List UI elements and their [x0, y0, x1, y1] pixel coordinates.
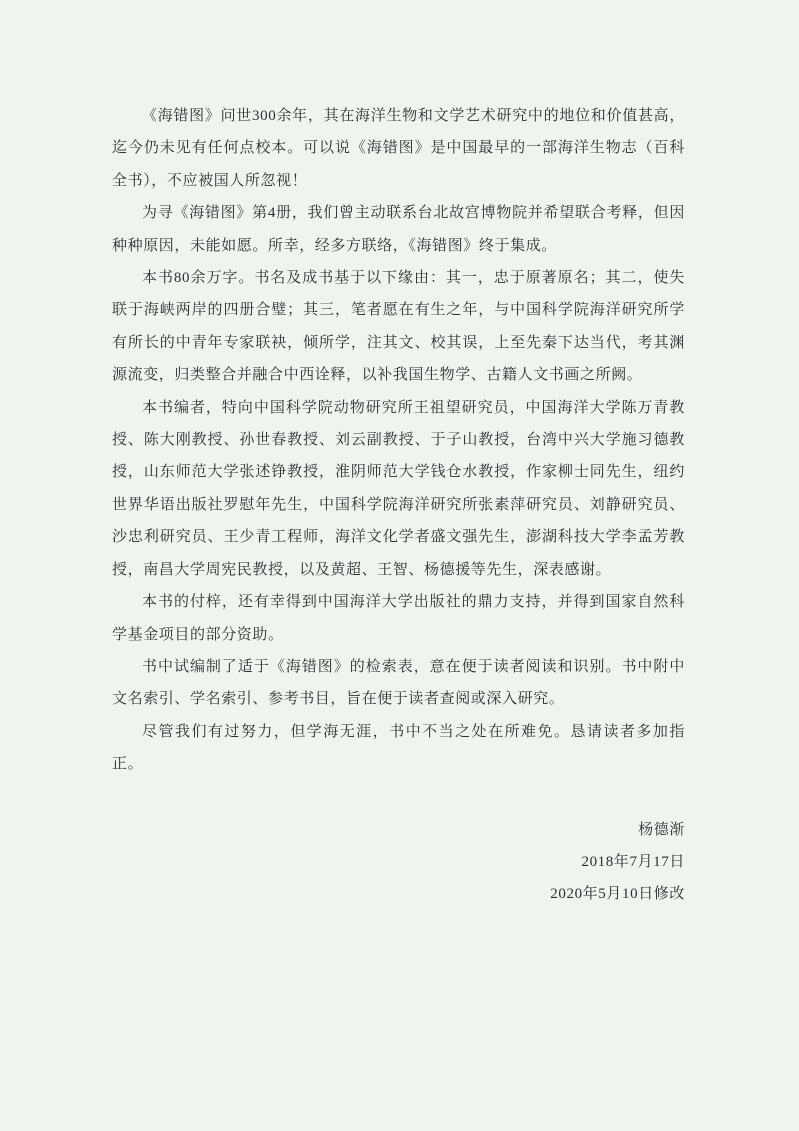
- paragraph: 本书编者，特向中国科学院动物研究所王祖望研究员，中国海洋大学陈万青教授、陈大刚教…: [112, 392, 685, 586]
- paragraph: 为寻《海错图》第4册，我们曾主动联系台北故宫博物院并希望联合考释，但因种种原因，…: [112, 197, 685, 262]
- paragraph: 《海错图》问世300余年，其在海洋生物和文学艺术研究中的地位和价值甚高，迄今仍未…: [112, 100, 685, 197]
- paragraph: 尽管我们有过努力，但学海无涯，书中不当之处在所难免。恳请读者多加指正。: [112, 716, 685, 781]
- paragraph: 本书80余万字。书名及成书基于以下缘由：其一，忠于原著原名；其二，使失联于海峡两…: [112, 262, 685, 392]
- date-revised: 2020年5月10日修改: [112, 878, 685, 910]
- date-written: 2018年7月17日: [112, 846, 685, 878]
- scanned-book-page: 《海错图》问世300余年，其在海洋生物和文学艺术研究中的地位和价值甚高，迄今仍未…: [0, 0, 799, 1131]
- paragraph: 本书的付梓，还有幸得到中国海洋大学出版社的鼎力支持，并得到国家自然科学基金项目的…: [112, 586, 685, 651]
- author-name: 杨德渐: [112, 814, 685, 846]
- paragraph: 书中试编制了适于《海错图》的检索表，意在便于读者阅读和识别。书中附中文名索引、学…: [112, 651, 685, 716]
- signature-block: 杨德渐 2018年7月17日 2020年5月10日修改: [112, 814, 685, 911]
- document-body: 《海错图》问世300余年，其在海洋生物和文学艺术研究中的地位和价值甚高，迄今仍未…: [112, 100, 685, 911]
